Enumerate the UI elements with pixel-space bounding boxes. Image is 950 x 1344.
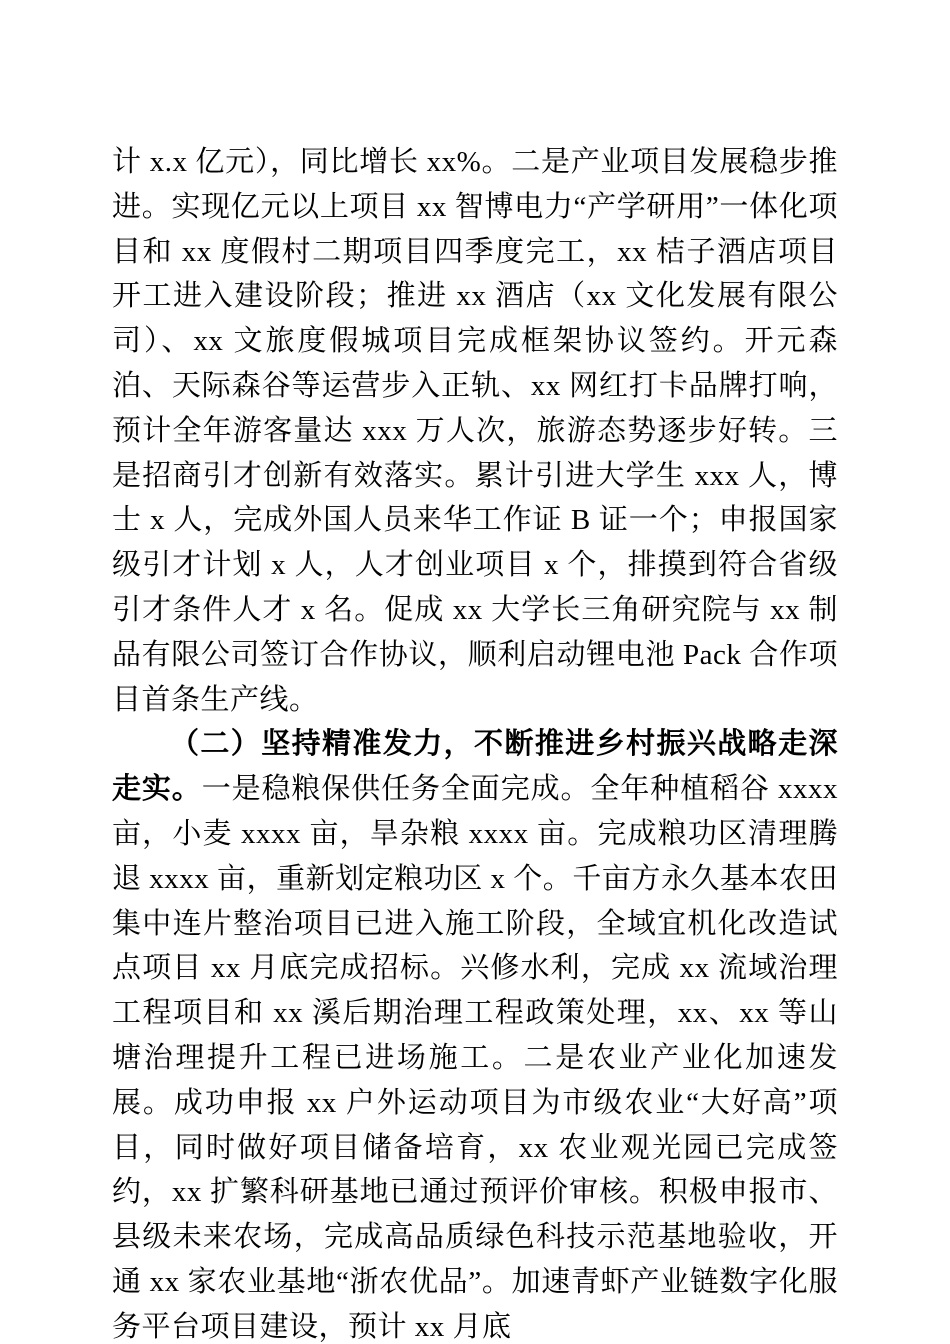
document-body: 计 x.x 亿元），同比增长 xx%。二是产业项目发展稳步推进。实现亿元以上项目… [112,140,838,1344]
body-text-run: 计 x.x 亿元），同比增长 xx%。二是产业项目发展稳步推进。实现亿元以上项目… [112,146,838,716]
paragraph-rural-revitalization: （二）坚持精准发力，不断推进乡村振兴战略走深走实。一是稳粮保供任务全面完成。全年… [112,722,838,1344]
paragraph-industry-projects-continuation: 计 x.x 亿元），同比增长 xx%。二是产业项目发展稳步推进。实现亿元以上项目… [112,140,838,722]
document-page: 计 x.x 亿元），同比增长 xx%。二是产业项目发展稳步推进。实现亿元以上项目… [0,0,950,1344]
body-text-run: 一是稳粮保供任务全面完成。全年种植稻谷 xxxx 亩，小麦 xxxx 亩，旱杂粮… [112,773,838,1343]
